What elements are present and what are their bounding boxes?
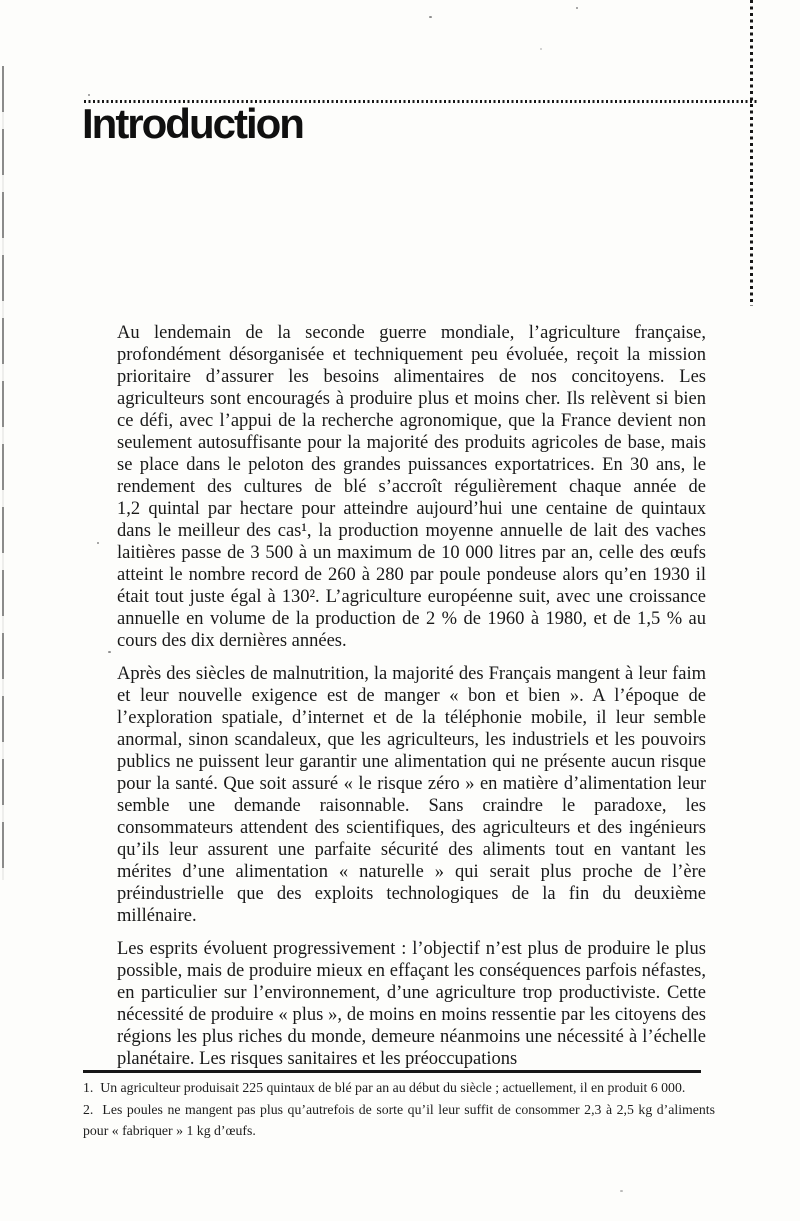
scan-speck <box>108 651 111 653</box>
scan-speck <box>620 1190 623 1192</box>
footnote-2: 2. Les poules ne mangent pas plus qu’aut… <box>83 1099 715 1142</box>
paragraph-3: Les esprits évoluent progressivement : l… <box>117 938 706 1070</box>
paragraph-1: Au lendemain de la seconde guerre mondia… <box>117 322 706 652</box>
scanned-book-page: Introduction Au lendemain de la seconde … <box>0 0 800 1221</box>
scan-speck <box>429 16 432 18</box>
chapter-title: Introduction <box>82 103 303 145</box>
paragraph-2: Après des siècles de malnutrition, la ma… <box>117 663 706 927</box>
scan-speck <box>88 94 90 96</box>
dotted-vertical-rule <box>750 0 753 306</box>
footnote-separator-rule <box>83 1070 701 1073</box>
scan-speck <box>97 542 99 544</box>
body-text-column: Au lendemain de la seconde guerre mondia… <box>117 322 706 1081</box>
footnotes-block: 1. Un agriculteur produisait 225 quintau… <box>83 1077 715 1142</box>
footnote-1: 1. Un agriculteur produisait 225 quintau… <box>83 1077 715 1099</box>
scan-speck <box>540 48 542 50</box>
scan-speck <box>576 7 578 9</box>
scan-artifact-left-line <box>2 66 4 880</box>
